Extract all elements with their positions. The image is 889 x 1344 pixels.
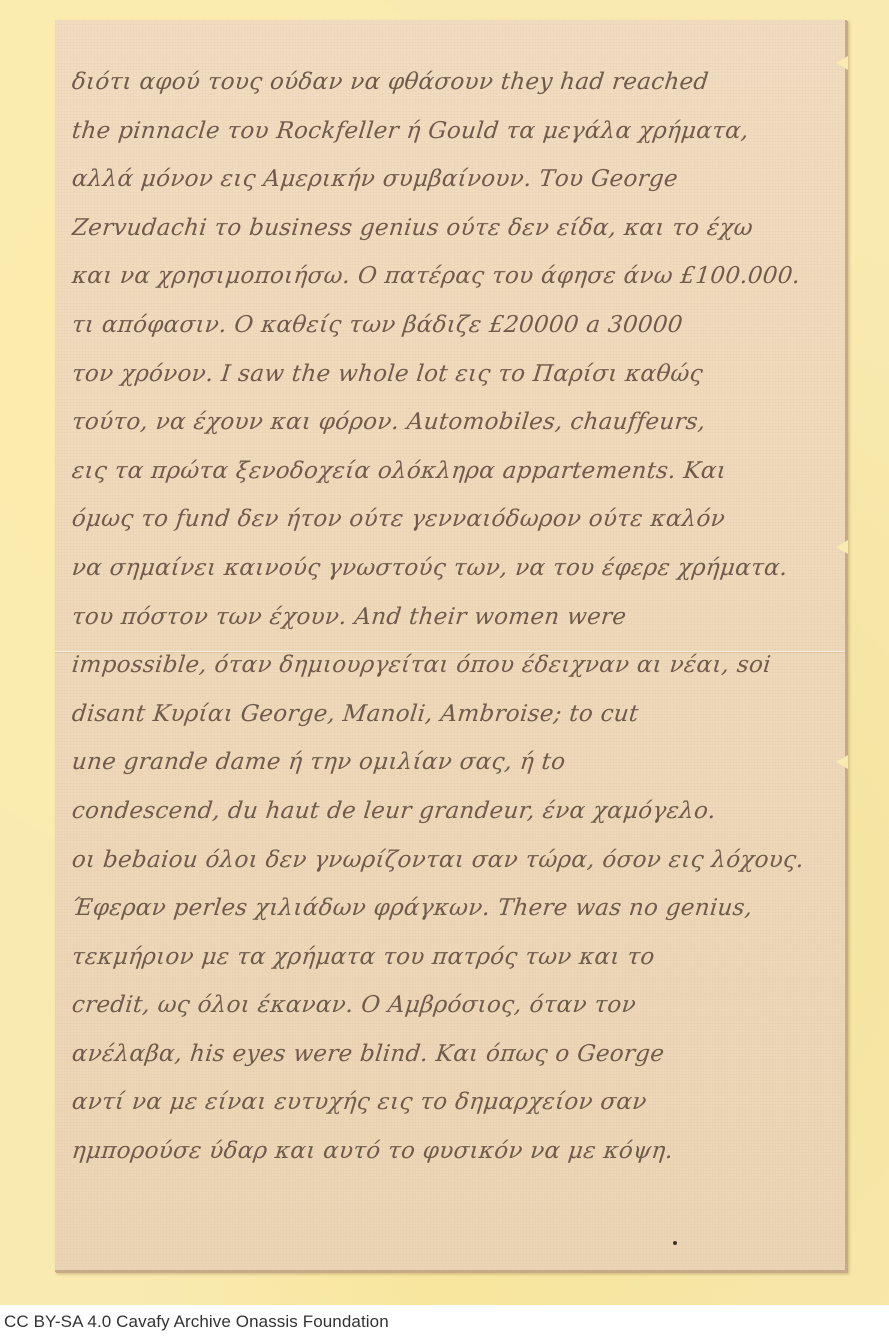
handwritten-line: τούτο, να έχουν και φόρον. Automobiles, …: [69, 402, 844, 451]
handwritten-line: οι bebaiou όλοι δεν γνωρίζονται σαν τώρα…: [69, 840, 844, 889]
handwritten-line: Zervudachi το business genius ούτε δεν ε…: [69, 208, 844, 257]
handwritten-line: Έφεραν perles χιλιάδων φράγκων. There wa…: [69, 888, 844, 937]
handwritten-line: εις τα πρώτα ξενοδοχεία ολόκληρα apparte…: [69, 451, 844, 500]
handwritten-text-block: διότι αφού τους ούδαν να φθάσουν they ha…: [69, 62, 839, 1180]
handwritten-line: τον χρόνον. I saw the whole lot εις το Π…: [69, 354, 844, 403]
handwritten-line: αντί να με είναι ευτυχής εις το δημαρχεί…: [69, 1082, 844, 1131]
handwritten-line: του πόστον των έχουν. And their women we…: [69, 597, 844, 646]
handwritten-line: τεκμήριον με τα χρήματα του πατρός των κ…: [69, 937, 844, 986]
letter-sheet: διότι αφού τους ούδαν να φθάσουν they ha…: [55, 20, 847, 1272]
archive-credit-caption: CC BY-SA 4.0 Cavafy Archive Onassis Foun…: [4, 1312, 389, 1332]
handwritten-line: ημπορούσε ύδαρ και αυτό το φυσικόν να με…: [69, 1131, 844, 1180]
handwritten-line: αλλά μόνον εις Αμερικήν συμβαίνουν. Του …: [69, 159, 844, 208]
handwritten-line: να σημαίνει καινούς γνωστούς των, να του…: [69, 548, 844, 597]
handwritten-line: disant Κυρίαι George, Manoli, Ambroise; …: [69, 694, 844, 743]
handwritten-line: όμως το fund δεν ήτον ούτε γενναιόδωρον …: [69, 499, 844, 548]
handwritten-line: διότι αφού τους ούδαν να φθάσουν they ha…: [69, 62, 844, 111]
handwritten-line: impossible, όταν δημιουργείται όπου έδει…: [69, 645, 844, 694]
handwritten-line: condescend, du haut de leur grandeur, έν…: [69, 791, 844, 840]
ink-dot-mark: [673, 1241, 677, 1245]
handwritten-line: και να χρησιμοποιήσω. Ο πατέρας του άφησ…: [69, 256, 844, 305]
handwritten-line: une grande dame ή την ομιλίαν σας, ή to: [69, 742, 844, 791]
handwritten-line: the pinnacle του Rockfeller ή Gould τα μ…: [69, 111, 844, 160]
handwritten-line: ανέλαβα, his eyes were blind. Και όπως ο…: [69, 1034, 844, 1083]
handwritten-line: τι απόφασιν. Ο καθείς των βάδιζε £20000 …: [69, 305, 844, 354]
handwritten-line: credit, ως όλοι έκαναν. Ο Αμβρόσιος, ότα…: [69, 985, 844, 1034]
